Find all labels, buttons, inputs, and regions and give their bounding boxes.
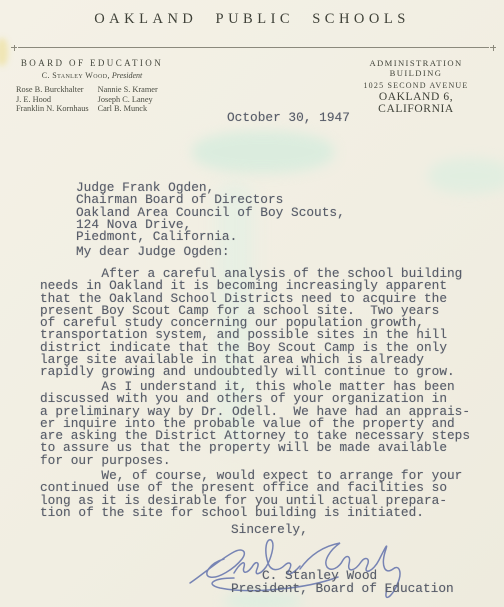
board-of-education-block: BOARD OF EDUCATION C. Stanley Wood, Pres…: [16, 58, 168, 114]
recipient-address: Judge Frank Ogden, Chairman Board of Dir…: [76, 182, 345, 243]
paragraph-1: After a careful analysis of the school b…: [40, 268, 462, 379]
board-members-column-1: Rose B. Burckhalter J. E. Hood Franklin …: [16, 85, 89, 114]
letter-date: October 30, 1947: [227, 112, 350, 124]
board-heading: BOARD OF EDUCATION: [16, 58, 168, 68]
board-president-name: C. Stanley Wood,: [42, 71, 110, 80]
paragraph-3: We, of course, would expect to arrange f…: [40, 470, 462, 519]
board-president-line: C. Stanley Wood, President: [16, 71, 168, 80]
administration-address-block: ADMINISTRATION BUILDING 1025 SECOND AVEN…: [358, 58, 474, 115]
address-street: 1025 SECOND AVENUE: [358, 81, 474, 90]
address-building: ADMINISTRATION BUILDING: [358, 58, 474, 78]
letterhead-rule: [18, 47, 489, 48]
salutation: My dear Judge Ogden:: [76, 246, 230, 258]
paper-spot: [0, 38, 8, 66]
green-stain: [192, 131, 334, 173]
letterhead-title: OAKLAND PUBLIC SCHOOLS: [0, 11, 504, 28]
signature-typed-title: President, Board of Education: [231, 583, 454, 595]
rule-ornament-left-icon: [11, 45, 17, 51]
rule-ornament-right-icon: [490, 45, 496, 51]
paragraph-2: As I understand it, this whole matter ha…: [40, 381, 470, 467]
letter-page: OAKLAND PUBLIC SCHOOLS BOARD OF EDUCATIO…: [0, 0, 504, 607]
green-stain: [428, 158, 504, 194]
board-members-column-2: Nannie S. Kramer Joseph C. Laney Carl B.…: [98, 85, 158, 114]
address-city: OAKLAND 6, CALIFORNIA: [358, 91, 474, 115]
board-president-title: President: [112, 71, 142, 80]
closing: Sincerely,: [231, 524, 308, 536]
